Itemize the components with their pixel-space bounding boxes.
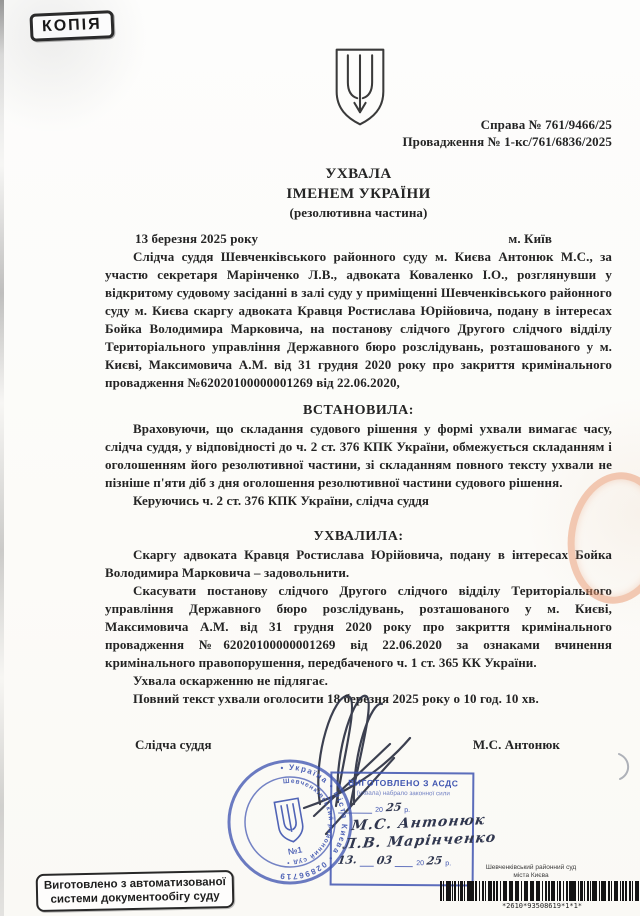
- ruling-date: 13 березня 2025 року: [135, 230, 258, 248]
- seal-number: №1: [287, 844, 303, 856]
- handwritten-year-2: 25: [426, 854, 443, 868]
- title-in-the-name: ІМЕНЕМ УКРАЇНИ: [105, 184, 612, 204]
- asds-year-row: 20 25 р.: [338, 801, 468, 815]
- judge-name: М.С. Антонюк: [473, 736, 560, 754]
- ruling-place: м. Київ: [508, 230, 552, 248]
- guided-by-paragraph: Керуючись ч. 2 ст. 376 КПК України, слід…: [105, 492, 612, 510]
- section-heading-ruled: УХВАЛИЛА:: [105, 528, 612, 546]
- asds-stamp-title: ВИГОТОВЛЕНО З АСДС: [338, 778, 468, 789]
- year-prefix-2: 20: [416, 860, 424, 867]
- ruled-paragraph-4: Повний текст ухвали оголосити 18 березня…: [105, 690, 612, 708]
- case-numbers: Справа № 761/9466/25 Провадження № 1-кс/…: [105, 116, 612, 150]
- copy-stamp: КОПІЯ: [29, 10, 114, 42]
- dateline: 13 березня 2025 року м. Київ: [105, 230, 612, 248]
- year-suffix: р.: [404, 807, 410, 814]
- proceeding-number: Провадження № 1-кс/761/6836/2025: [105, 133, 612, 150]
- section-heading-established: ВСТАНОВИЛА:: [105, 402, 612, 420]
- title-operative-part: (резолютивна частина): [105, 204, 612, 222]
- judge-role-label: Слідча суддя: [135, 736, 212, 754]
- ruled-paragraph-1: Скаргу адвоката Кравця Ростислава Юрійов…: [105, 546, 612, 582]
- automated-system-stamp: Виготовлено з автоматизованої системи до…: [36, 870, 235, 912]
- intro-paragraph: Слідча суддя Шевченківського районного с…: [105, 248, 612, 392]
- year-suffix-2: р.: [445, 860, 451, 867]
- barcode: [440, 881, 640, 901]
- barcode-label: Шевченківський районний суд міста Києва: [466, 864, 596, 879]
- document-body: Справа № 761/9466/25 Провадження № 1-кс/…: [105, 0, 612, 754]
- case-number: Справа № 761/9466/25: [105, 116, 612, 133]
- title-uhvala: УХВАЛА: [105, 164, 612, 184]
- year-prefix: 20: [375, 807, 383, 814]
- scan-edge-shadow: [0, 0, 4, 916]
- ruled-paragraph-2: Скасувати постанову слідчого Другого слі…: [105, 582, 612, 672]
- asds-date-row: 13. 03 20 25 р.: [338, 854, 468, 868]
- handwritten-secretary-signature: Л.В. Марінченко: [342, 832, 497, 852]
- footer-stamp-line2: системи документообігу суду: [42, 889, 228, 907]
- seal-trident-shield: [274, 798, 305, 844]
- barcode-court-name: Шевченківський районний суд: [466, 864, 596, 872]
- ruled-paragraph-3: Ухвала оскарженню не підлягає.: [105, 672, 612, 690]
- barcode-code: *2610*93508619*1*1*: [452, 902, 632, 910]
- title-block: УХВАЛА ІМЕНЕМ УКРАЇНИ (резолютивна части…: [105, 164, 612, 222]
- asds-rect-stamp: ВИГОТОВЛЕНО З АСДС (ухвала) набрало зако…: [330, 771, 475, 886]
- established-paragraph: Враховуючи, що складання судового рішенн…: [105, 420, 612, 492]
- handwritten-month: 03: [376, 854, 393, 868]
- asds-stamp-subtitle: (ухвала) набрало законної сили: [338, 790, 468, 798]
- handwritten-year: 25: [385, 801, 402, 815]
- barcode-city: міста Києва: [466, 872, 596, 880]
- scanned-court-ruling-page: КОПІЯ Справа № 761/9466/25 Провадження №…: [0, 0, 640, 916]
- handwritten-day: 13.: [337, 853, 358, 867]
- pen-hook-mark: [616, 752, 636, 782]
- signature-row: Слідча суддя М.С. Антонюк: [105, 736, 612, 754]
